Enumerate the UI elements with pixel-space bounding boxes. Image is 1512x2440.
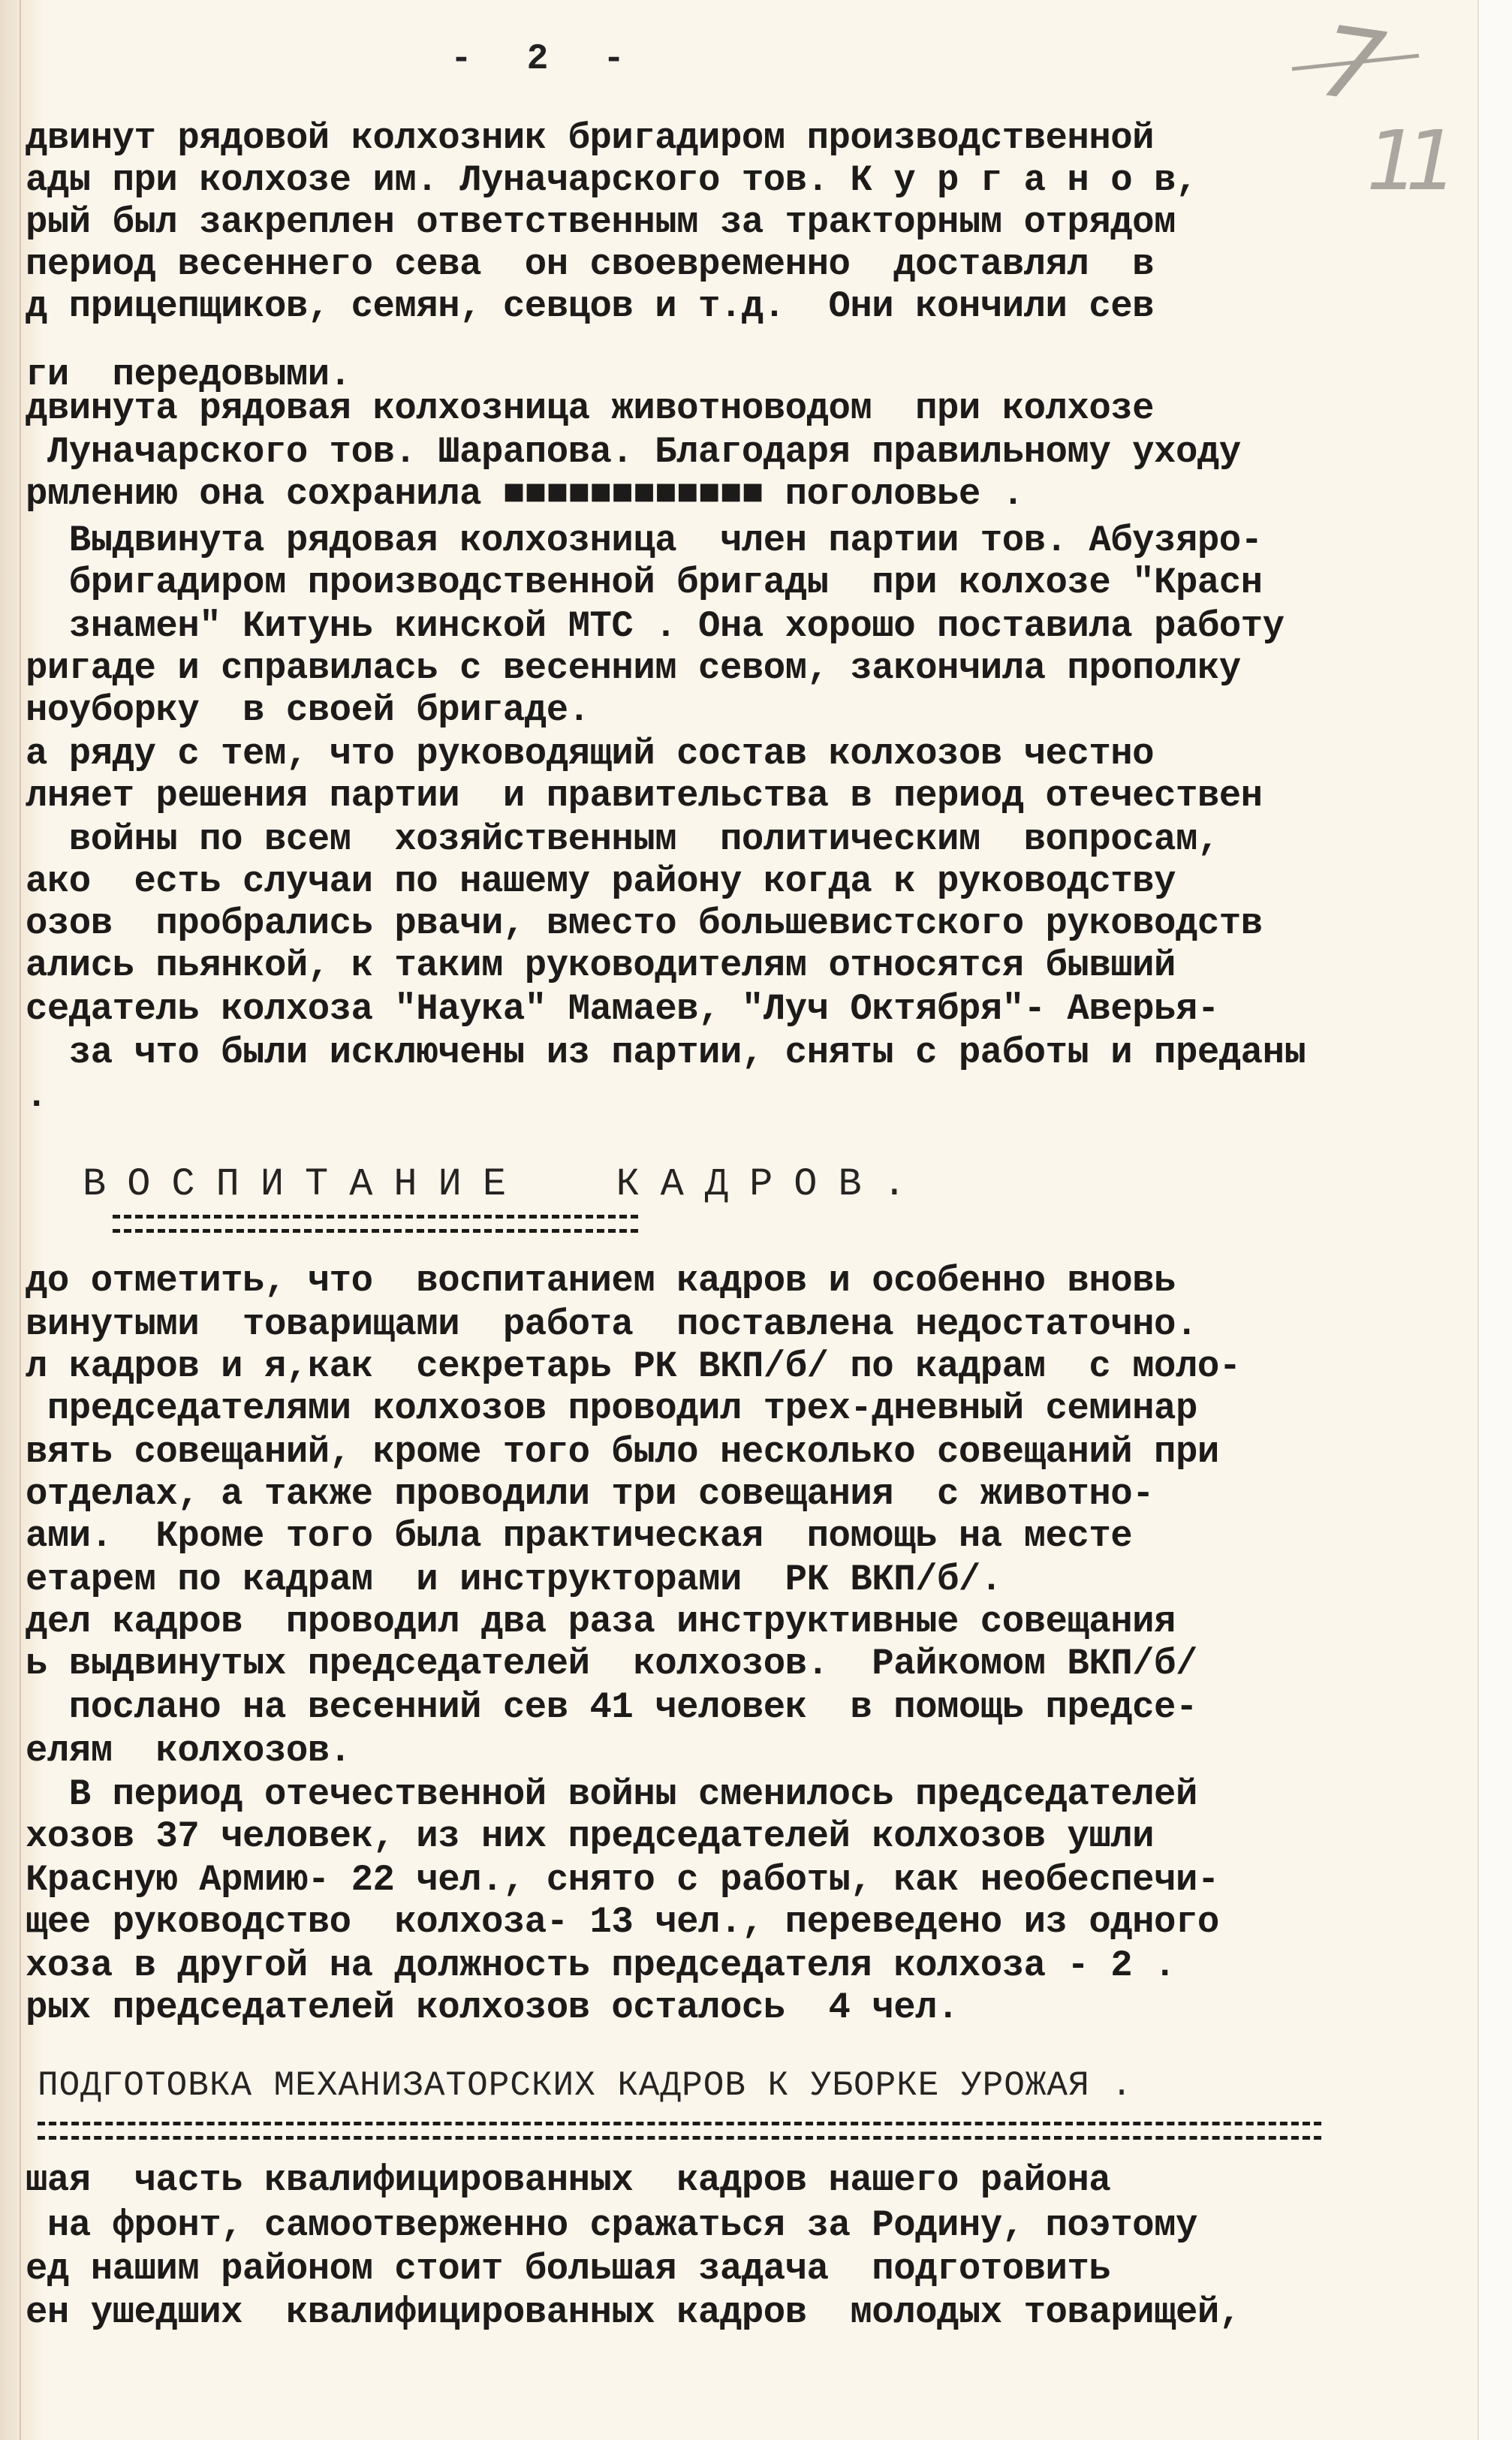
text-line: за что были исключены из партии, сняты с…: [26, 1035, 1306, 1071]
text-line: щее руководство колхоза- 13 чел., переве…: [26, 1904, 1219, 1941]
document-page: 7 11 - 2 - двинут рядовой колхозник бриг…: [0, 0, 1479, 2440]
text-line: Красную Армию- 22 чел., снято с работы, …: [26, 1862, 1219, 1899]
text-line: ноуборку в своей бригаде.: [26, 692, 590, 729]
text-line: етарем по кадрам и инструкторами РК ВКП/…: [26, 1562, 1002, 1598]
text-line: ед нашим районом стоит большая задача по…: [26, 2251, 1110, 2288]
binding-fold: [20, 0, 21, 2440]
text-line: войны по всем хозяйственным политическим…: [26, 821, 1219, 858]
heading-underline: [38, 2122, 1321, 2140]
text-line: знамен" Китунь кинской МТС . Она хорошо …: [26, 608, 1284, 645]
text-line: ен ушедших квалифицированных кадров моло…: [26, 2294, 1241, 2331]
text-line: дел кадров проводил два раза инструктивн…: [26, 1604, 1176, 1640]
page-number: - 2 -: [450, 39, 641, 80]
section-heading: ВОСПИТАНИЕ КАДРОВ.: [83, 1162, 927, 1206]
section-heading: ПОДГОТОВКА МЕХАНИЗАТОРСКИХ КАДРОВ К УБОР…: [38, 2066, 1133, 2105]
text-line: ригаде и справилась с весенним севом, за…: [26, 650, 1241, 687]
text-line: хоза в другой на должность председателя …: [26, 1947, 1176, 1984]
text-line: рых председателей колхозов осталось 4 че…: [26, 1990, 959, 2026]
text-line: двинут рядовой колхозник бригадиром прои…: [26, 120, 1154, 157]
text-line: рмлению она сохранила ■■■■■■■■■■■■ погол…: [26, 476, 1024, 513]
text-line: вять совещаний, кроме того было нескольк…: [26, 1434, 1219, 1471]
text-line: послано на весенний сев 41 человек в пом…: [26, 1689, 1197, 1726]
text-line: двинута рядовая колхозница животноводом …: [26, 390, 1154, 427]
text-line: хозов 37 человек, из них председателей к…: [26, 1818, 1154, 1855]
text-line: на фронт, самоотверженно сражаться за Ро…: [26, 2207, 1197, 2244]
text-line: до отметить, что воспитанием кадров и ос…: [26, 1263, 1176, 1300]
text-line: председателями колхозов проводил трех-дн…: [26, 1390, 1197, 1427]
text-line: бригадиром производственной бригады при …: [26, 565, 1263, 601]
heading-underline: [113, 1215, 638, 1233]
text-line: ами. Кроме того была практическая помощь…: [26, 1518, 1132, 1555]
text-line: .: [26, 1078, 47, 1115]
text-line: отделах, а также проводили три совещания…: [26, 1476, 1154, 1513]
text-line: Луначарского тов. Шарапова. Благодаря пр…: [26, 434, 1241, 471]
text-line: л кадров и я,как секретарь РК ВКП/б/ по …: [26, 1348, 1241, 1385]
text-line: период весеннего сева он своевременно до…: [26, 246, 1154, 283]
archival-folio-mark-secondary: 11: [1366, 113, 1444, 209]
text-line: д прицепщиков, семян, севцов и т.д. Они …: [26, 288, 1154, 325]
text-line: Выдвинута рядовая колхозница член партии…: [26, 523, 1263, 559]
text-line: винутыми товарищами работа поставлена не…: [26, 1306, 1197, 1343]
text-line: В период отечественной войны сменилось п…: [26, 1776, 1197, 1813]
text-line: ады при колхозе им. Луначарского тов. К …: [26, 162, 1197, 199]
text-line: ались пьянкой, к таким руководителям отн…: [26, 947, 1176, 984]
text-line: лняет решения партии и правительства в п…: [26, 778, 1263, 815]
text-line: рый был закреплен ответственным за тракт…: [26, 204, 1176, 241]
text-line: озов пробрались рвачи, вместо большевист…: [26, 905, 1263, 942]
archival-folio-mark: 7: [1314, 4, 1391, 125]
text-line: седатель колхоза "Наука" Мамаев, "Луч Ок…: [26, 991, 1219, 1028]
text-line: ако есть случаи по нашему району когда к…: [26, 863, 1176, 900]
text-line: шая часть квалифицированных кадров нашег…: [26, 2162, 1110, 2199]
text-line: а ряду с тем, что руководящий состав кол…: [26, 736, 1154, 773]
text-line: елям колхозов.: [26, 1733, 351, 1770]
text-line: ь выдвинутых председателей колхозов. Рай…: [26, 1646, 1197, 1682]
